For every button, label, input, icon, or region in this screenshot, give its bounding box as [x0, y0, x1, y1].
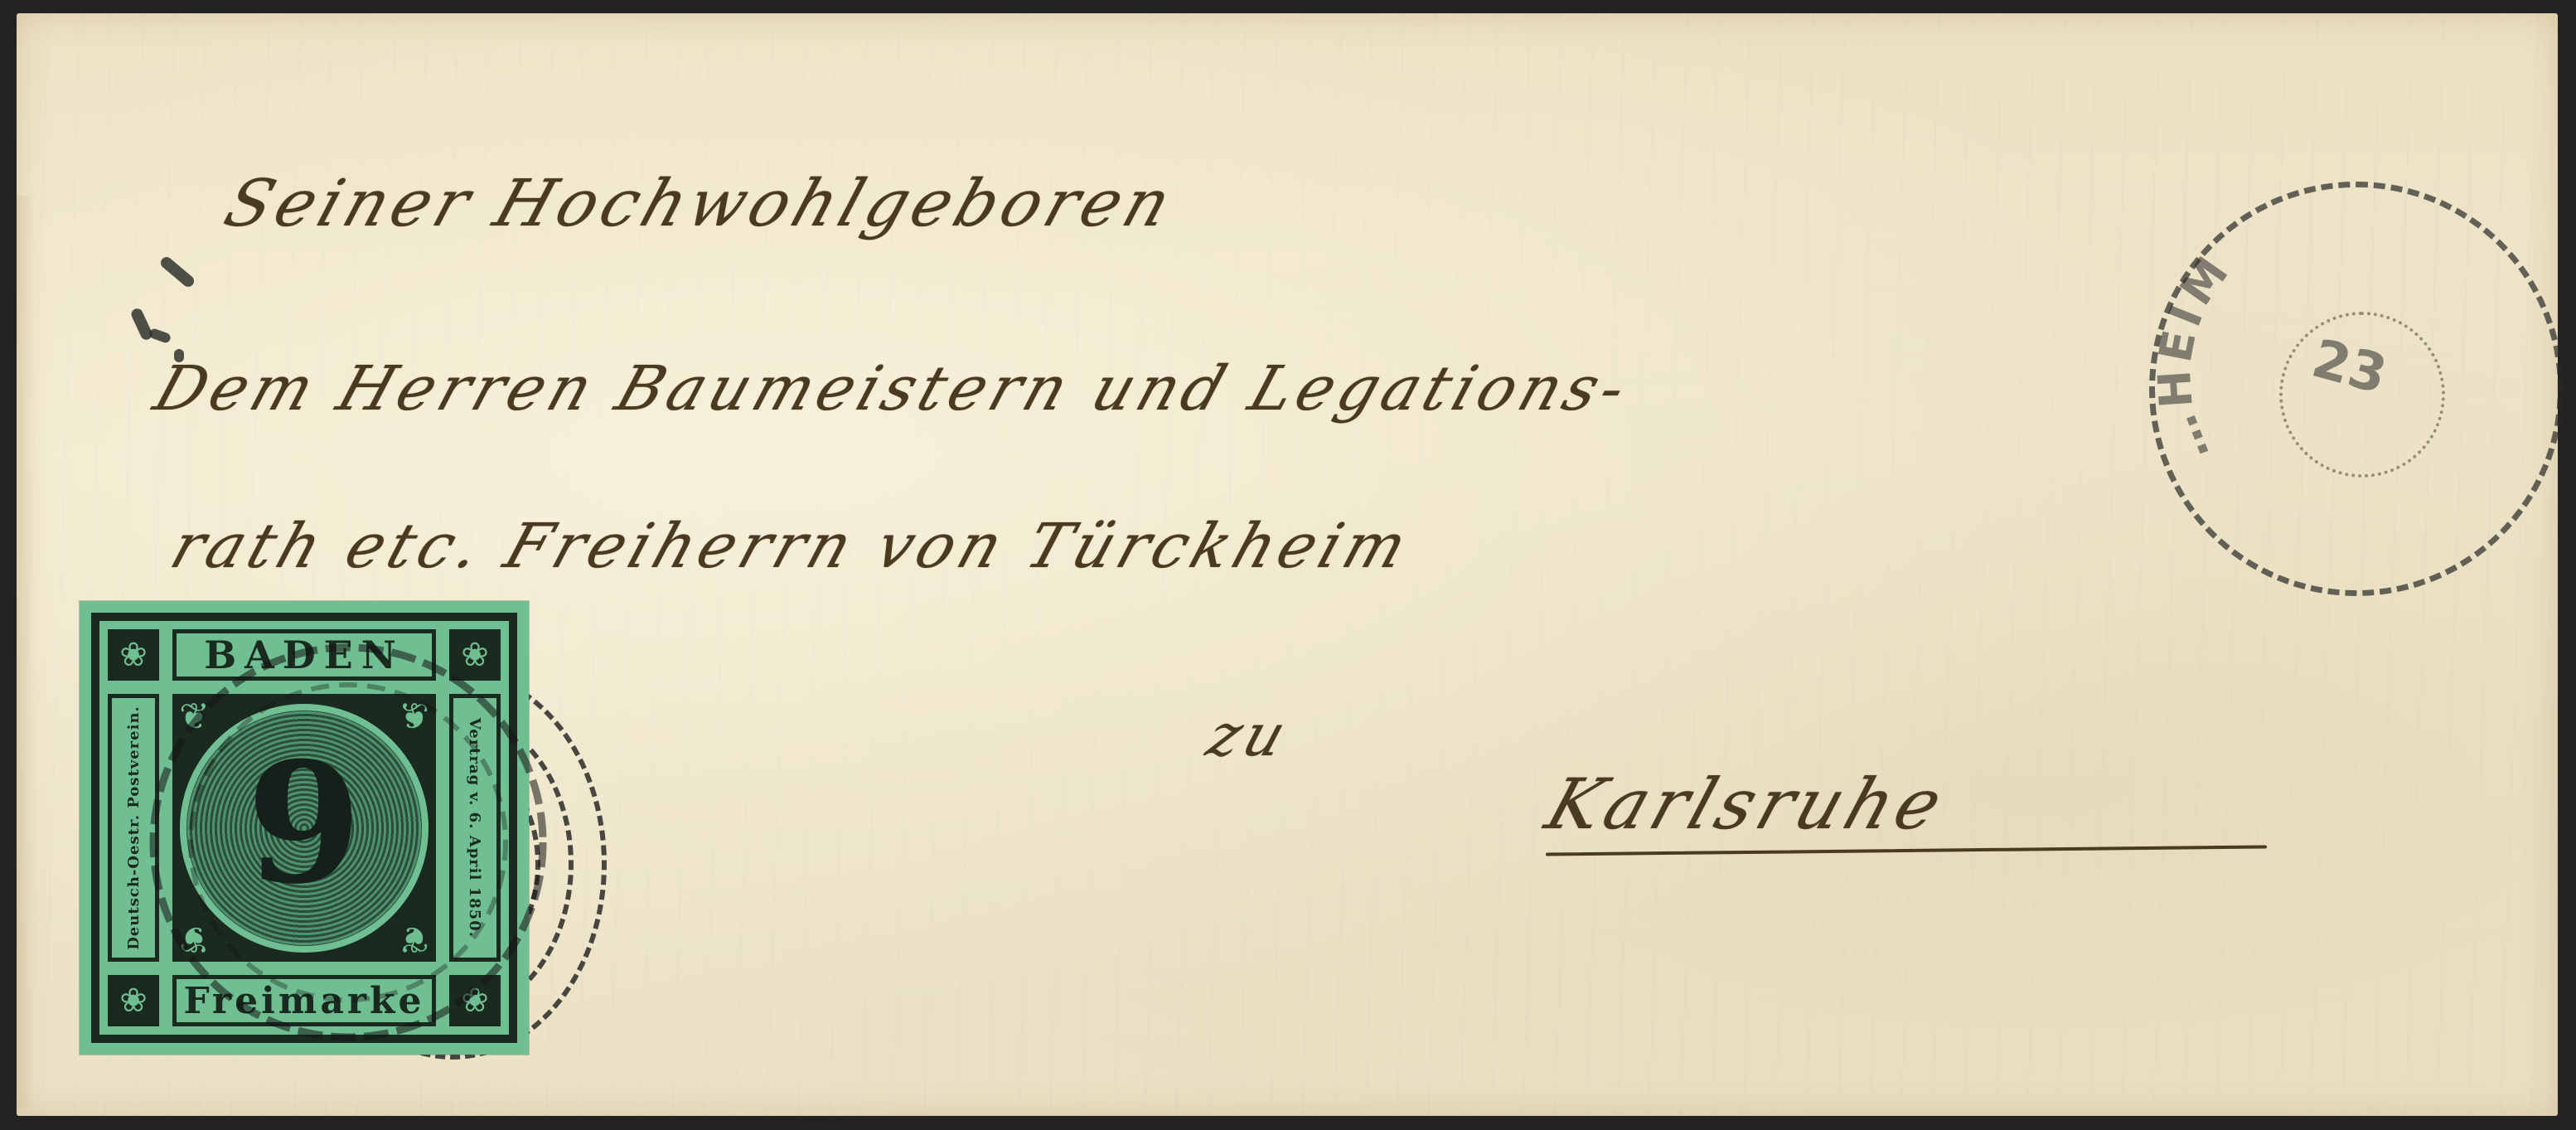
corner-rosette-icon: ❀	[449, 629, 501, 681]
stamp-value: 9	[246, 741, 361, 907]
scroll-ornament-icon: ❦	[179, 920, 210, 957]
address-line-name: rath etc. Freiherrn von Türckheim	[162, 511, 1420, 582]
stamp-medallion: 9	[180, 704, 429, 953]
stamp-right-label: Vertrag v. 6. April 1850.	[449, 694, 501, 962]
envelope: …HEIM 23 Seiner Hochwohlgeboren Dem Herr…	[17, 13, 2558, 1116]
stamp-country-label: BADEN	[172, 629, 436, 681]
corner-rosette-icon: ❀	[449, 975, 501, 1026]
corner-rosette-icon: ❀	[108, 975, 159, 1026]
address-line-city: Karlsruhe	[1537, 764, 1957, 845]
stamp-center-panel: ❦ ❦ ❦ ❦ 9	[172, 694, 436, 962]
stamp-right-text: Vertrag v. 6. April 1850.	[467, 718, 484, 938]
stamp-bottom-label: Freimarke	[172, 975, 436, 1026]
address-line-title: Dem Herren Baumeistern und Legations-	[146, 353, 1639, 424]
corner-rosette-icon: ❀	[108, 629, 159, 681]
postage-stamp: ❀ ❀ ❀ ❀ BADEN Freimarke Deutsch-Oestr. P…	[80, 601, 529, 1055]
scroll-ornament-icon: ❦	[399, 920, 429, 957]
stamp-left-text: Deutsch-Oestr. Postverein.	[125, 706, 143, 950]
scroll-ornament-icon: ❦	[399, 699, 429, 735]
address-line-salutation: Seiner Hochwohlgeboren	[215, 167, 1184, 241]
stamp-left-label: Deutsch-Oestr. Postverein.	[108, 694, 159, 962]
scroll-ornament-icon: ❦	[179, 699, 210, 735]
city-underline	[1546, 845, 2267, 856]
address-line-preposition: zu	[1199, 701, 1300, 769]
